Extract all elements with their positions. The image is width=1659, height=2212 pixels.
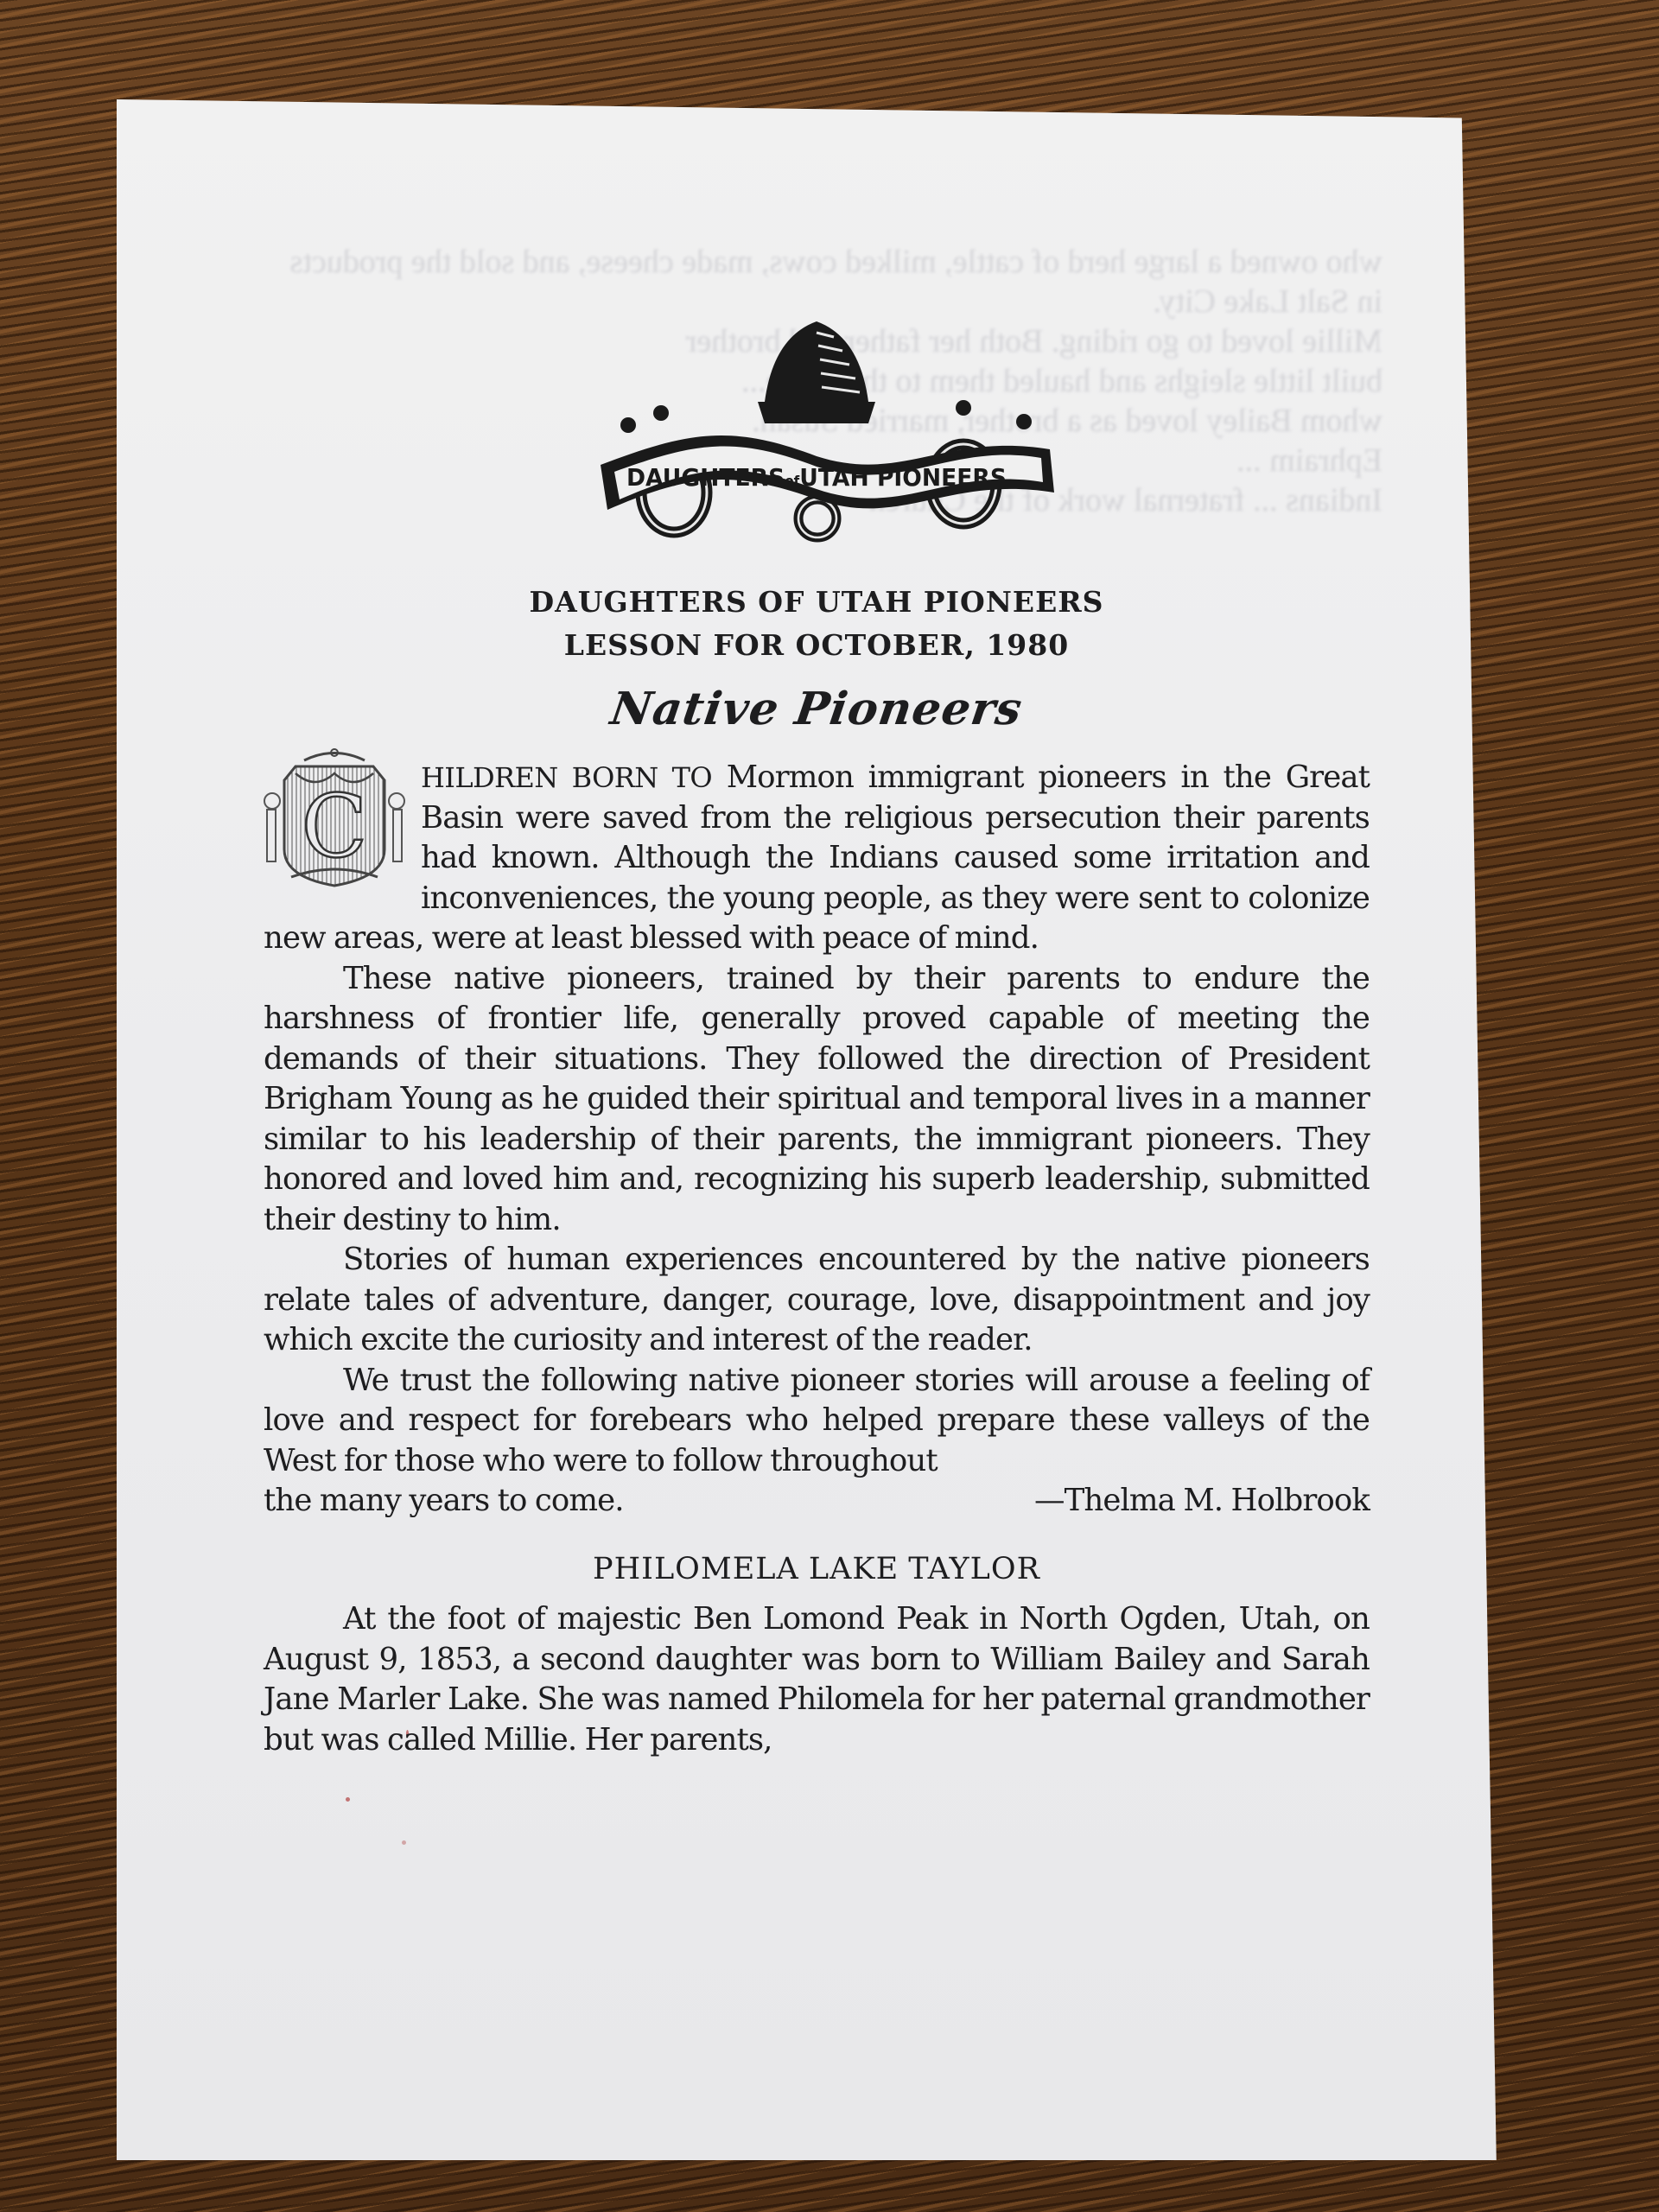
organization-heading: DAUGHTERS OF UTAH PIONEERS <box>264 581 1370 624</box>
logo-banner-right: UTAH PIONEERS <box>799 463 1007 492</box>
intro-paragraph-3: Stories of human experiences encountered… <box>264 1240 1370 1361</box>
ink-spot <box>346 1797 350 1802</box>
page-content: DAUGHTERSofUTAH PIONEERS DAUGHTERS OF UT… <box>264 302 1370 1760</box>
signature-line: the many years to come. —Thelma M. Holbr… <box>264 1481 1370 1522</box>
ink-spot <box>402 1840 406 1845</box>
closing-text: the many years to come. <box>264 1481 624 1522</box>
svg-text:DAUGHTERSofUTAH PIONEERS: DAUGHTERSofUTAH PIONEERS <box>626 463 1007 492</box>
page-title: Native Pioneers <box>260 683 1374 735</box>
intro-paragraph-1: HILDREN BORN TO Mormon immigrant pioneer… <box>264 758 1370 959</box>
page-number: 45 <box>264 2160 1370 2193</box>
dropcap-letter: C <box>302 776 368 877</box>
lead-caps: HILDREN BORN TO <box>421 761 712 794</box>
document-page: who owned a large herd of cattle, milked… <box>117 99 1499 2160</box>
section-paragraph: At the foot of majestic Ben Lomond Peak … <box>264 1599 1370 1760</box>
dup-logo-icon: DAUGHTERSofUTAH PIONEERS <box>557 302 1076 544</box>
intro-paragraph-4: We trust the following native pioneer st… <box>264 1361 1370 1482</box>
lesson-date-heading: LESSON FOR OCTOBER, 1980 <box>264 624 1370 667</box>
author-signature: —Thelma M. Holbrook <box>1034 1481 1370 1522</box>
intro-section: C HILDREN BORN TO Mormon immigrant pione… <box>264 758 1370 959</box>
intro-paragraph-2: These native pioneers, trained by their … <box>264 959 1370 1241</box>
logo-banner-left: DAUGHTERS <box>626 463 785 492</box>
section-heading: PHILOMELA LAKE TAYLOR <box>264 1549 1370 1590</box>
ornamental-dropcap-c-icon: C <box>257 747 412 894</box>
logo-banner-of: of <box>785 473 800 489</box>
